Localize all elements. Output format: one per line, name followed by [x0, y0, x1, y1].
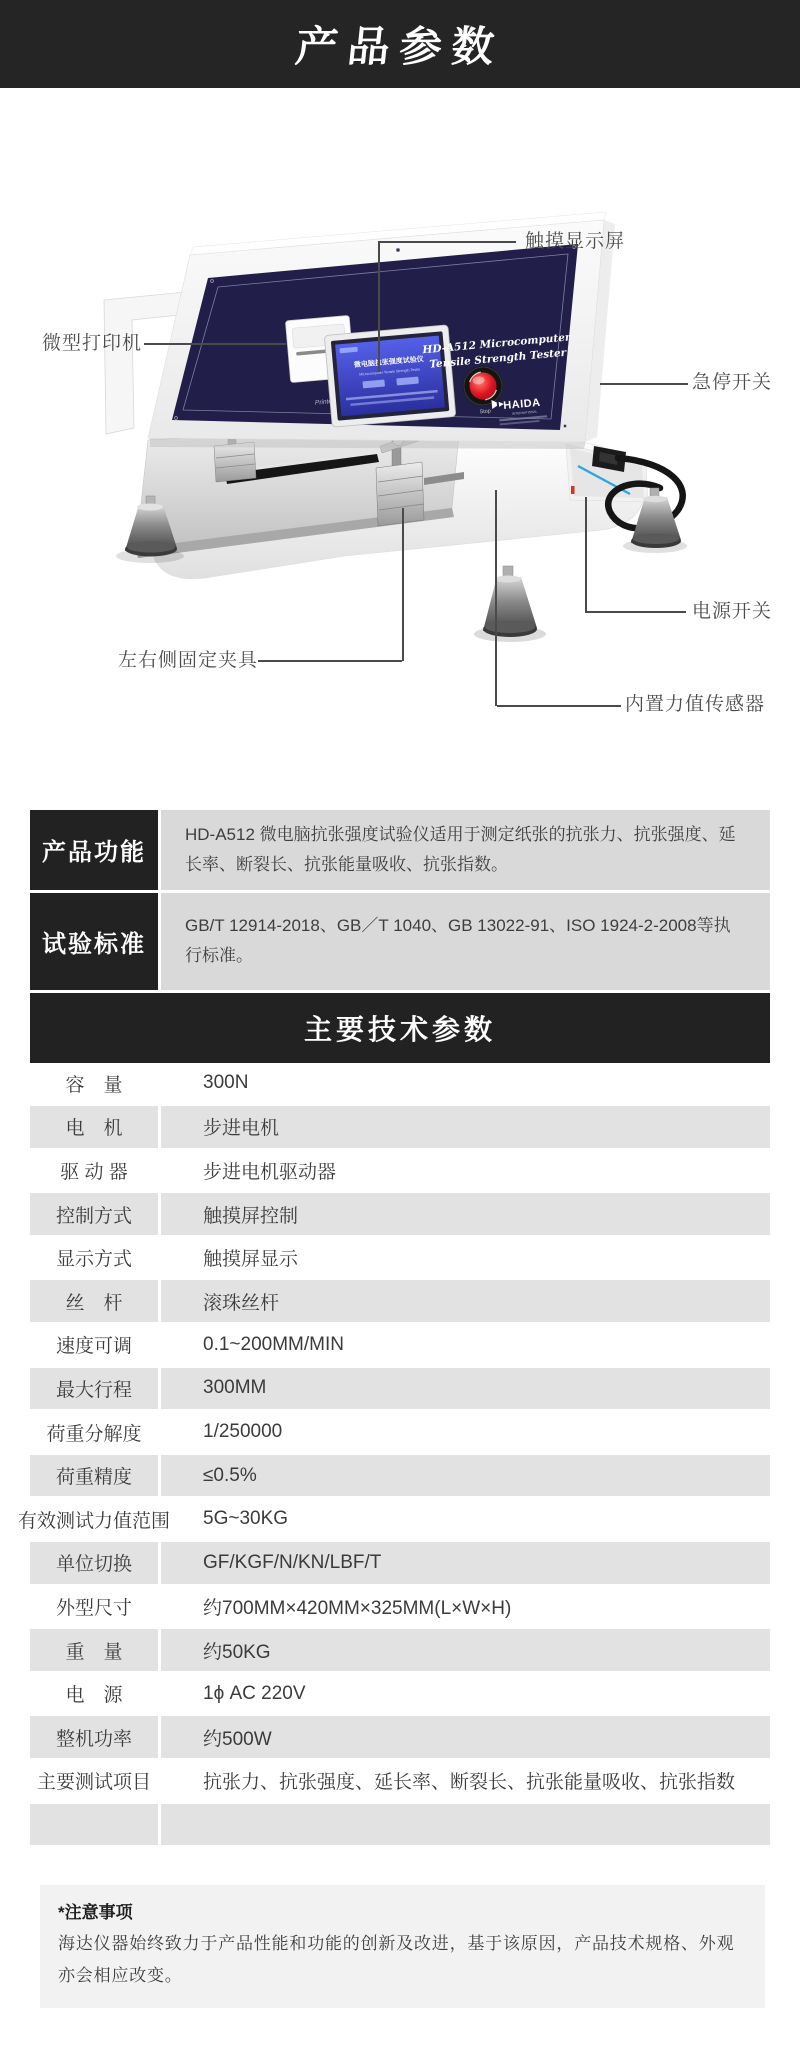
spec-label: 驱 动 器 — [30, 1150, 161, 1192]
spec-value: GF/KGF/N/KN/LBF/T — [161, 1542, 770, 1584]
callout-line-touch-screen — [378, 241, 380, 372]
callout-label-force-sensor: 内置力值传感器 — [625, 695, 765, 715]
spec-row: 单位切换GF/KGF/N/KN/LBF/T — [30, 1542, 770, 1586]
spec-label: 外型尺寸 — [30, 1586, 161, 1628]
callout-label-touch-screen: 触摸显示屏 — [525, 232, 625, 252]
callout-label-side-clamps: 左右侧固定夹具 — [118, 651, 258, 671]
power-inlet — [566, 444, 648, 502]
spec-row: 荷重精度≤0.5% — [30, 1455, 770, 1499]
callout-label-emergency-stop: 急停开关 — [692, 373, 772, 393]
spec-label: 有效测试力值范围 — [30, 1498, 161, 1540]
info-row-label: 试验标准 — [30, 893, 158, 990]
spec-label: 控制方式 — [30, 1193, 161, 1235]
spec-label: 最大行程 — [30, 1368, 161, 1410]
info-row-2: 试验标准GB/T 12914-2018、GB／T 1040、GB 13022-9… — [30, 893, 770, 990]
callout-line-power-switch — [585, 611, 686, 613]
spec-label: 显示方式 — [30, 1237, 161, 1279]
page-title: 产品参数 — [293, 14, 507, 74]
info-row-text: HD-A512 微电脑抗张强度试验仪适用于测定纸张的抗张力、抗张强度、延长率、断… — [161, 810, 770, 890]
stop-label: Stop — [479, 408, 491, 415]
callout-label-mini-printer: 微型打印机 — [42, 334, 142, 354]
spec-value: 触摸屏显示 — [161, 1237, 770, 1279]
spec-value: 约700MM×420MM×325MM(L×W×H) — [161, 1586, 770, 1628]
spec-row: 速度可调0.1~200MM/MIN — [30, 1324, 770, 1368]
callout-label-power-switch: 电源开关 — [692, 602, 772, 622]
spec-value: 5G~30KG — [161, 1498, 770, 1540]
machine-illustration: Printer 微电脑抗张强度试验仪 Microcomputer Tensile… — [0, 88, 800, 790]
spec-value: 步进电机驱动器 — [161, 1150, 770, 1192]
spec-value: 触摸屏控制 — [161, 1193, 770, 1235]
spec-row: 电 源1ϕ AC 220V — [30, 1673, 770, 1717]
spec-label: 丝 杆 — [30, 1280, 161, 1322]
callout-line-force-sensor — [497, 705, 621, 707]
spec-row: 显示方式触摸屏显示 — [30, 1237, 770, 1281]
spec-value: ≤0.5% — [161, 1455, 770, 1497]
spec-row: 控制方式触摸屏控制 — [30, 1193, 770, 1237]
spec-value: 0.1~200MM/MIN — [161, 1324, 770, 1366]
spec-row: 电 机步进电机 — [30, 1106, 770, 1150]
spec-value: 约500W — [161, 1716, 770, 1758]
info-row-label: 产品功能 — [30, 810, 158, 890]
spec-label: 容 量 — [30, 1063, 161, 1105]
spec-label: 重 量 — [30, 1629, 161, 1671]
spec-label — [30, 1804, 161, 1846]
spec-value: 步进电机 — [161, 1106, 770, 1148]
spec-row: 最大行程300MM — [30, 1368, 770, 1412]
spec-row: 丝 杆滚珠丝杆 — [30, 1280, 770, 1324]
spec-label: 主要测试项目 — [30, 1760, 161, 1802]
spec-label: 荷重分解度 — [30, 1411, 161, 1453]
spec-value — [161, 1804, 770, 1846]
spec-table: 容 量300N电 机步进电机驱 动 器步进电机驱动器控制方式触摸屏控制显示方式触… — [30, 1063, 770, 1848]
spec-row: 容 量300N — [30, 1063, 770, 1107]
notice-title: *注意事项 — [58, 1898, 747, 1923]
spec-row: 有效测试力值范围5G~30KG — [30, 1498, 770, 1542]
spec-value: 1ϕ AC 220V — [161, 1673, 770, 1715]
callout-line-power-switch — [585, 497, 587, 612]
spec-value: 300N — [161, 1063, 770, 1105]
spec-value: 抗张力、抗张强度、延长率、断裂长、抗张能量吸收、抗张指数 — [161, 1760, 770, 1802]
spec-row — [30, 1804, 770, 1848]
spec-label: 电 机 — [30, 1106, 161, 1148]
notice-box: *注意事项 海达仪器始终致力于产品性能和功能的创新及改进，基于该原因，产品技术规… — [40, 1885, 765, 2008]
spec-value: 300MM — [161, 1368, 770, 1410]
spec-row: 外型尺寸约700MM×420MM×325MM(L×W×H) — [30, 1586, 770, 1630]
spec-value: 约50KG — [161, 1629, 770, 1671]
callout-line-touch-screen — [378, 241, 516, 243]
callout-line-emergency-stop — [600, 383, 688, 385]
spec-row: 荷重分解度1/250000 — [30, 1411, 770, 1455]
spec-label: 整机功率 — [30, 1716, 161, 1758]
spec-label: 电 源 — [30, 1673, 161, 1715]
spec-row: 重 量约50KG — [30, 1629, 770, 1673]
page-header: 产品参数 — [0, 0, 800, 88]
spec-label: 荷重精度 — [30, 1455, 161, 1497]
callout-line-side-clamps — [402, 508, 404, 661]
info-row-1: 产品功能HD-A512 微电脑抗张强度试验仪适用于测定纸张的抗张力、抗张强度、延… — [30, 810, 770, 890]
spec-label: 速度可调 — [30, 1324, 161, 1366]
spec-table-title: 主要技术参数 — [30, 993, 770, 1063]
spec-value: 滚珠丝杆 — [161, 1280, 770, 1322]
spec-value: 1/250000 — [161, 1411, 770, 1453]
spec-row: 主要测试项目抗张力、抗张强度、延长率、断裂长、抗张能量吸收、抗张指数 — [30, 1760, 770, 1804]
notice-body: 海达仪器始终致力于产品性能和功能的创新及改进，基于该原因，产品技术规格、外观亦会… — [58, 1928, 747, 1993]
touch-screen: 微电脑抗张强度试验仪 Microcomputer Tensile Strengt… — [324, 325, 456, 427]
spec-row: 驱 动 器步进电机驱动器 — [30, 1150, 770, 1194]
spec-row: 整机功率约500W — [30, 1716, 770, 1760]
page: 产品参数 — [0, 0, 800, 2048]
product-figure: Printer 微电脑抗张强度试验仪 Microcomputer Tensile… — [0, 88, 800, 790]
callout-line-side-clamps — [258, 660, 402, 662]
spec-label: 单位切换 — [30, 1542, 161, 1584]
callout-line-mini-printer — [144, 343, 286, 345]
callout-line-force-sensor — [495, 490, 497, 706]
info-row-text: GB/T 12914-2018、GB／T 1040、GB 13022-91、IS… — [161, 893, 770, 990]
info-rows: 产品功能HD-A512 微电脑抗张强度试验仪适用于测定纸张的抗张力、抗张强度、延… — [30, 810, 770, 990]
